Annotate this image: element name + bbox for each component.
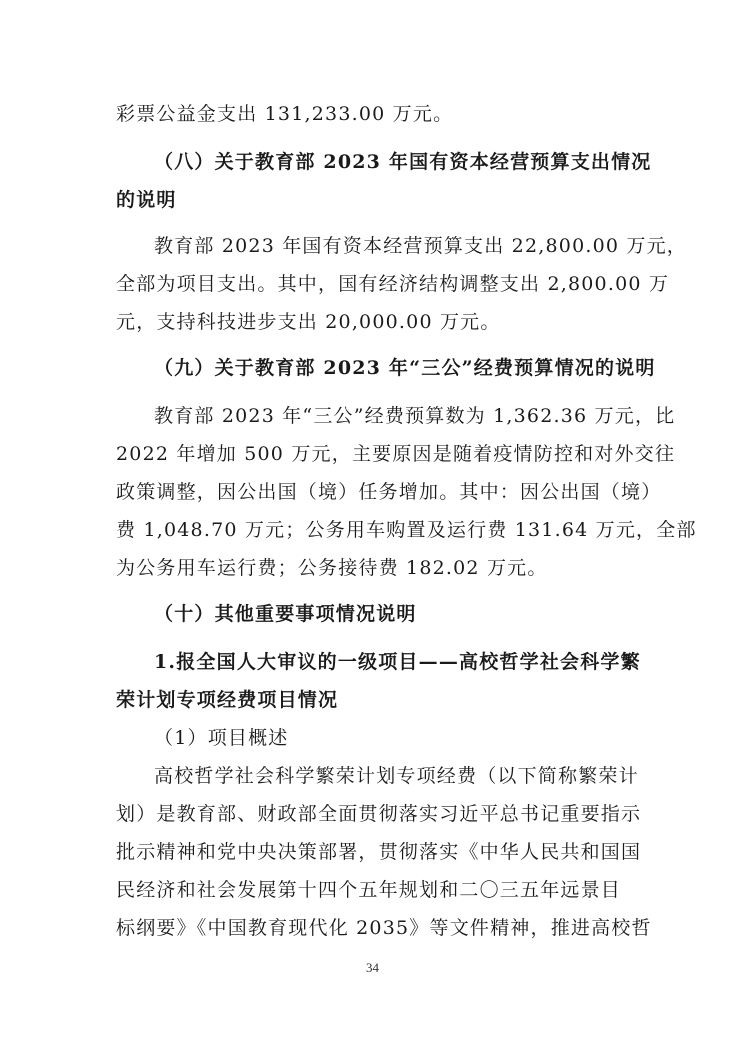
body-text-line: 高校哲学社会科学繁荣计划专项经费（以下简称繁荣计 xyxy=(154,764,674,788)
body-text-line: 划）是教育部、财政部全面贯彻落实习近平总书记重要指示 xyxy=(116,802,636,826)
section-heading-line: （八）关于教育部 2023 年国有资本经营预算支出情况 xyxy=(154,150,674,174)
page-number: 34 xyxy=(0,960,745,976)
body-text-line: 批示精神和党中央决策部署，贯彻落实《中华人民共和国国 xyxy=(116,840,636,864)
section-heading-line: （九）关于教育部 2023 年“三公”经费预算情况的说明 xyxy=(154,356,674,380)
body-text-line: 政策调整，因公出国（境）任务增加。其中：因公出国（境） xyxy=(116,480,636,504)
section-heading-line: 荣计划专项经费项目情况 xyxy=(116,688,636,712)
body-text-line: 全部为项目支出。其中，国有经济结构调整支出 2,800.00 万 xyxy=(116,272,636,296)
body-text-line: 标纲要》《中国教育现代化 2035》等文件精神，推进高校哲 xyxy=(116,916,636,940)
section-heading-line: 1.报全国人大审议的一级项目——高校哲学社会科学繁 xyxy=(154,650,674,674)
body-text-line: 费 1,048.70 万元；公务用车购置及运行费 131.64 万元，全部 xyxy=(116,518,636,542)
body-text-line: 为公务用车运行费；公务接待费 182.02 万元。 xyxy=(116,556,636,580)
section-heading-line: （十）其他重要事项情况说明 xyxy=(154,602,674,626)
section-heading-line: 的说明 xyxy=(116,188,636,212)
body-text-line: 教育部 2023 年国有资本经营预算支出 22,800.00 万元， xyxy=(154,234,674,258)
body-text-line: 2022 年增加 500 万元，主要原因是随着疫情防控和对外交往 xyxy=(116,442,636,466)
body-text-line: 元，支持科技进步支出 20,000.00 万元。 xyxy=(116,310,636,334)
body-text-line: 民经济和社会发展第十四个五年规划和二〇三五年远景目 xyxy=(116,878,636,902)
body-text-line: 彩票公益金支出 131,233.00 万元。 xyxy=(116,102,636,126)
body-text-line: （1）项目概述 xyxy=(154,726,674,750)
body-text-line: 教育部 2023 年“三公”经费预算数为 1,362.36 万元，比 xyxy=(154,404,674,428)
